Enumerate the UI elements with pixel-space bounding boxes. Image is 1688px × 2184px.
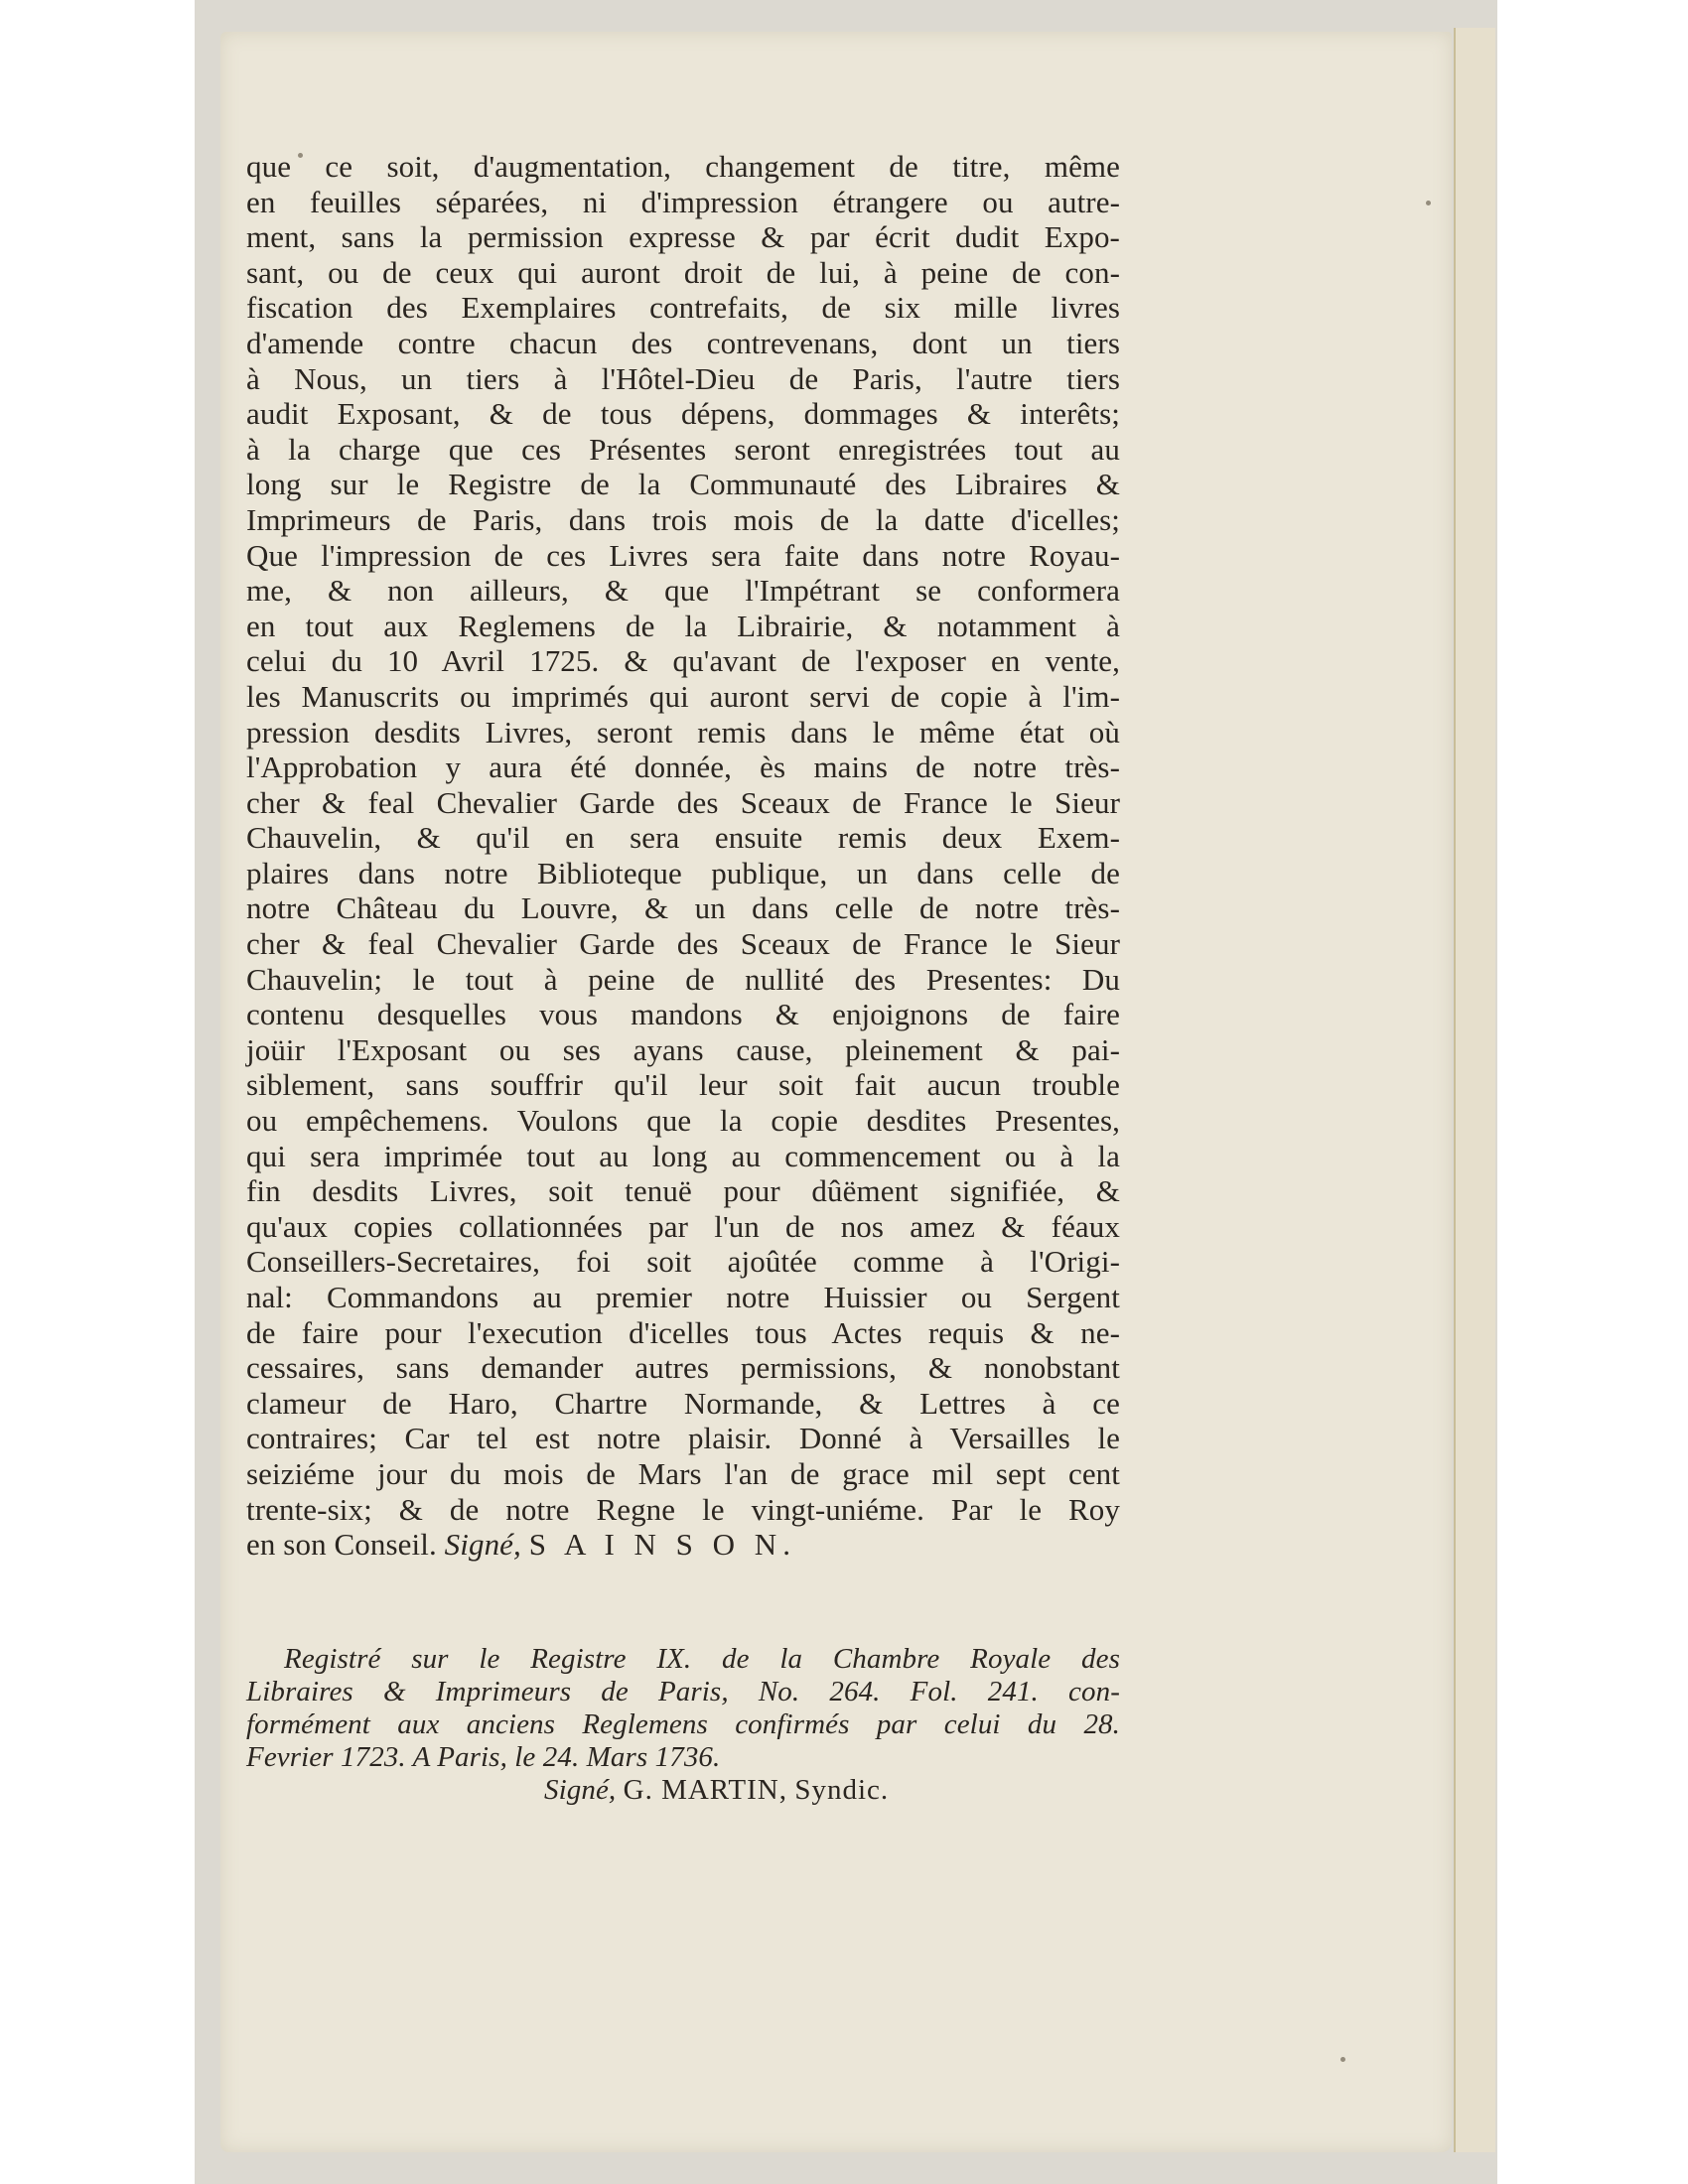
body-line: clameur de Haro, Chartre Normande, & Let… bbox=[246, 1386, 1120, 1422]
body-line: à Nous, un tiers à l'Hôtel-Dieu de Paris… bbox=[246, 361, 1120, 397]
body-line: en feuilles séparées, ni d'impression ét… bbox=[246, 185, 1120, 220]
registry-line: Fevrier 1723. A Paris, le 24. Mars 1736. bbox=[246, 1741, 1120, 1774]
body-line: fin desdits Livres, soit tenuë pour dûëm… bbox=[246, 1173, 1120, 1209]
signer-name: S A I N S O N. bbox=[529, 1527, 796, 1562]
body-line: me, & non ailleurs, & que l'Impétrant se… bbox=[246, 573, 1120, 609]
body-line: trente-six; & de notre Regne le vingt-un… bbox=[246, 1492, 1120, 1528]
registry-line: Libraires & Imprimeurs de Paris, No. 264… bbox=[246, 1676, 1120, 1708]
body-line: Chauvelin, & qu'il en sera ensuite remis… bbox=[246, 820, 1120, 856]
signed-label: Signé, bbox=[445, 1527, 521, 1562]
body-line: Chauvelin; le tout à peine de nullité de… bbox=[246, 962, 1120, 998]
body-line: siblement, sans souffrir qu'il leur soit… bbox=[246, 1067, 1120, 1103]
body-line: nal: Commandons au premier notre Huissie… bbox=[246, 1280, 1120, 1315]
body-line: celui du 10 Avril 1725. & qu'avant de l'… bbox=[246, 643, 1120, 679]
body-line: cher & feal Chevalier Garde des Sceaux d… bbox=[246, 926, 1120, 962]
body-line: à la charge que ces Présentes seront enr… bbox=[246, 432, 1120, 468]
body-line: de faire pour l'execution d'icelles tous… bbox=[246, 1315, 1120, 1351]
body-line: qu'aux copies collationnées par l'un de … bbox=[246, 1209, 1120, 1245]
body-line: pression desdits Livres, seront remis da… bbox=[246, 715, 1120, 751]
body-line: Conseillers-Secretaires, foi soit ajoûté… bbox=[246, 1244, 1120, 1280]
body-line: l'Approbation y aura été donnée, ès main… bbox=[246, 750, 1120, 785]
body-line: Imprimeurs de Paris, dans trois mois de … bbox=[246, 502, 1120, 538]
registry-note: Registré sur le Registre IX. de la Chamb… bbox=[246, 1643, 1120, 1807]
body-line: contenu desquelles vous mandons & enjoig… bbox=[246, 997, 1120, 1032]
body-line: sant, ou de ceux qui auront droit de lui… bbox=[246, 255, 1120, 291]
closing-line: en son Conseil. Signé, S A I N S O N. bbox=[246, 1527, 1120, 1563]
body-line: audit Exposant, & de tous dépens, dommag… bbox=[246, 396, 1120, 432]
registry-line: Registré sur le Registre IX. de la Chamb… bbox=[246, 1643, 1120, 1676]
body-line: ou empêchemens. Voulons que la copie des… bbox=[246, 1103, 1120, 1139]
registry-signer-name: G. MARTIN, bbox=[624, 1774, 787, 1806]
body-line: long sur le Registre de la Communauté de… bbox=[246, 467, 1120, 502]
registry-signature: Signé, G. MARTIN, Syndic. bbox=[246, 1774, 1120, 1807]
closing-prefix: en son Conseil. bbox=[246, 1527, 437, 1562]
body-line: d'amende contre chacun des contrevenans,… bbox=[246, 326, 1120, 361]
registry-signer-title: Syndic. bbox=[794, 1774, 889, 1806]
body-line: ment, sans la permission expresse & par … bbox=[246, 219, 1120, 255]
body-line: cher & feal Chevalier Garde des Sceaux d… bbox=[246, 785, 1120, 821]
body-line: Que l'impression de ces Livres sera fait… bbox=[246, 538, 1120, 574]
paper-speck bbox=[1340, 2057, 1345, 2062]
body-line: qui sera imprimée tout au long au commen… bbox=[246, 1139, 1120, 1174]
registry-line: formément aux anciens Reglemens confirmé… bbox=[246, 1708, 1120, 1741]
body-line: cessaires, sans demander autres permissi… bbox=[246, 1350, 1120, 1386]
registry-signed-label: Signé, bbox=[544, 1774, 616, 1806]
body-text: que ce soit, d'augmentation, changement … bbox=[246, 149, 1120, 1563]
body-line: que ce soit, d'augmentation, changement … bbox=[246, 149, 1120, 185]
body-line: contraires; Car tel est notre plaisir. D… bbox=[246, 1421, 1120, 1456]
body-line: fiscation des Exemplaires contrefaits, d… bbox=[246, 290, 1120, 326]
body-line: seiziéme jour du mois de Mars l'an de gr… bbox=[246, 1456, 1120, 1492]
body-line: en tout aux Reglemens de la Librairie, &… bbox=[246, 609, 1120, 644]
paper-speck bbox=[1426, 201, 1431, 205]
body-line: les Manuscrits ou imprimés qui auront se… bbox=[246, 679, 1120, 715]
facing-page-edge bbox=[1454, 28, 1495, 2152]
body-line: notre Château du Louvre, & un dans celle… bbox=[246, 890, 1120, 926]
body-line: joüir l'Exposant ou ses ayans cause, ple… bbox=[246, 1032, 1120, 1068]
body-line: plaires dans notre Biblioteque publique,… bbox=[246, 856, 1120, 891]
